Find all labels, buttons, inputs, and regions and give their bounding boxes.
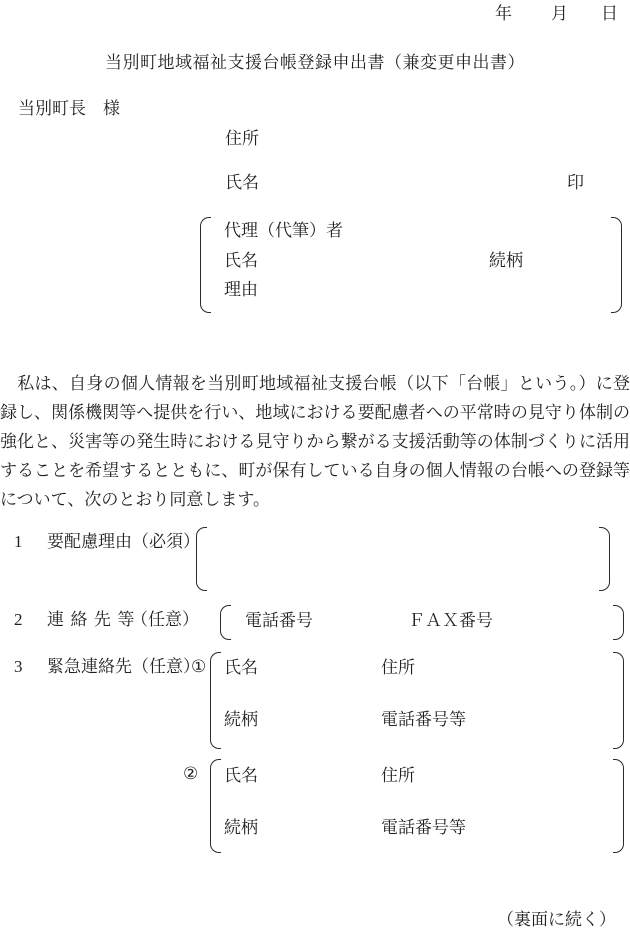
item2-bracket-left	[220, 605, 231, 640]
contact1-phone-label: 電話番号等	[381, 710, 466, 730]
proxy-bracket-right	[611, 217, 622, 313]
date-year-label: 年	[495, 4, 512, 24]
page-title: 当別町地域福祉支援台帳登録申出書（兼変更申出書）	[0, 48, 630, 73]
item1-label: 要配慮理由（必須）	[47, 532, 200, 552]
contact2-relation-label: 続柄	[224, 818, 258, 838]
contact2-address-label: 住所	[381, 766, 415, 786]
applicant-address-label: 住所	[225, 129, 259, 149]
item2-label-optional: （任意）	[131, 610, 199, 630]
item3-label: 緊急連絡先（任意）	[47, 657, 200, 677]
item2-phone-label: 電話番号	[245, 611, 313, 631]
contact1-relation-label: 続柄	[224, 710, 258, 730]
proxy-relation-label: 続柄	[489, 251, 523, 271]
continued-on-back-note: （裏面に続く）	[497, 905, 616, 930]
item2-fax-label: ＦＡＸ番号	[408, 611, 493, 631]
proxy-bracket-left	[200, 217, 211, 313]
proxy-reason-label: 理由	[224, 280, 258, 300]
date-day-label: 日	[601, 4, 618, 24]
proxy-name-label: 氏名	[224, 251, 258, 271]
applicant-name-label: 氏名	[225, 173, 259, 193]
contact1-name-label: 氏名	[224, 658, 258, 678]
contact1-bracket-left	[210, 652, 221, 749]
item3-contact1-mark: ①	[191, 657, 206, 677]
application-form-page: 年 月 日 当別町地域福祉支援台帳登録申出書（兼変更申出書） 当別町長 様 住所…	[0, 0, 630, 935]
item1-bracket-right	[599, 527, 610, 591]
applicant-seal-label: 印	[567, 173, 584, 193]
item2-number: 2	[14, 610, 23, 630]
proxy-heading: 代理（代筆）者	[224, 221, 343, 241]
contact1-bracket-right	[613, 652, 624, 749]
item1-number: 1	[14, 532, 23, 552]
contact2-phone-label: 電話番号等	[381, 818, 466, 838]
item2-bracket-right	[613, 605, 624, 640]
item1-bracket-left	[196, 527, 207, 591]
item3-contact2-mark: ②	[183, 764, 198, 784]
item3-number: 3	[14, 657, 23, 677]
date-month-label: 月	[551, 4, 568, 24]
addressee: 当別町長 様	[18, 99, 120, 119]
contact2-bracket-right	[613, 759, 624, 853]
consent-paragraph: 私は、自身の個人情報を当別町地域福祉支援台帳（以下「台帳」という。）に登録し、関…	[0, 369, 630, 514]
contact1-address-label: 住所	[381, 658, 415, 678]
contact2-bracket-left	[210, 759, 221, 853]
item2-label: 連絡先等	[47, 610, 141, 630]
contact2-name-label: 氏名	[224, 766, 258, 786]
